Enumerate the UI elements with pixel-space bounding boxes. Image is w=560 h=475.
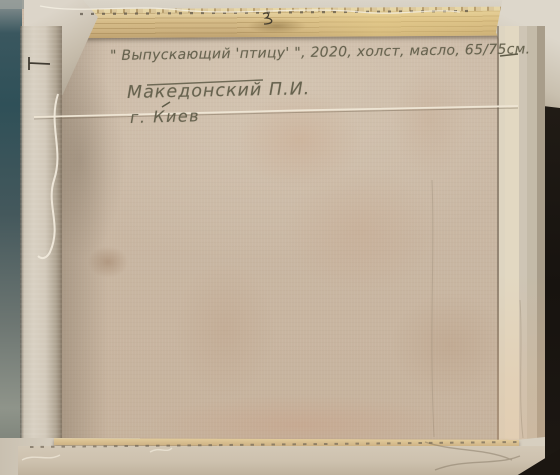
stretcher-bar-left <box>20 26 62 475</box>
top-stretcher-bar <box>52 11 504 39</box>
stretcher-bar-right <box>497 26 545 475</box>
background-left <box>0 0 22 475</box>
inscription-city-line: г. Киев <box>130 106 201 127</box>
painting-back-photo: " Выпускающий 'птицу' ", 2020, холст, ма… <box>0 0 560 475</box>
inscription-artist-line: Македонский П.И. <box>127 79 311 103</box>
stretcher-bar-bottom <box>18 446 545 475</box>
left-bar-shadow <box>60 28 108 475</box>
